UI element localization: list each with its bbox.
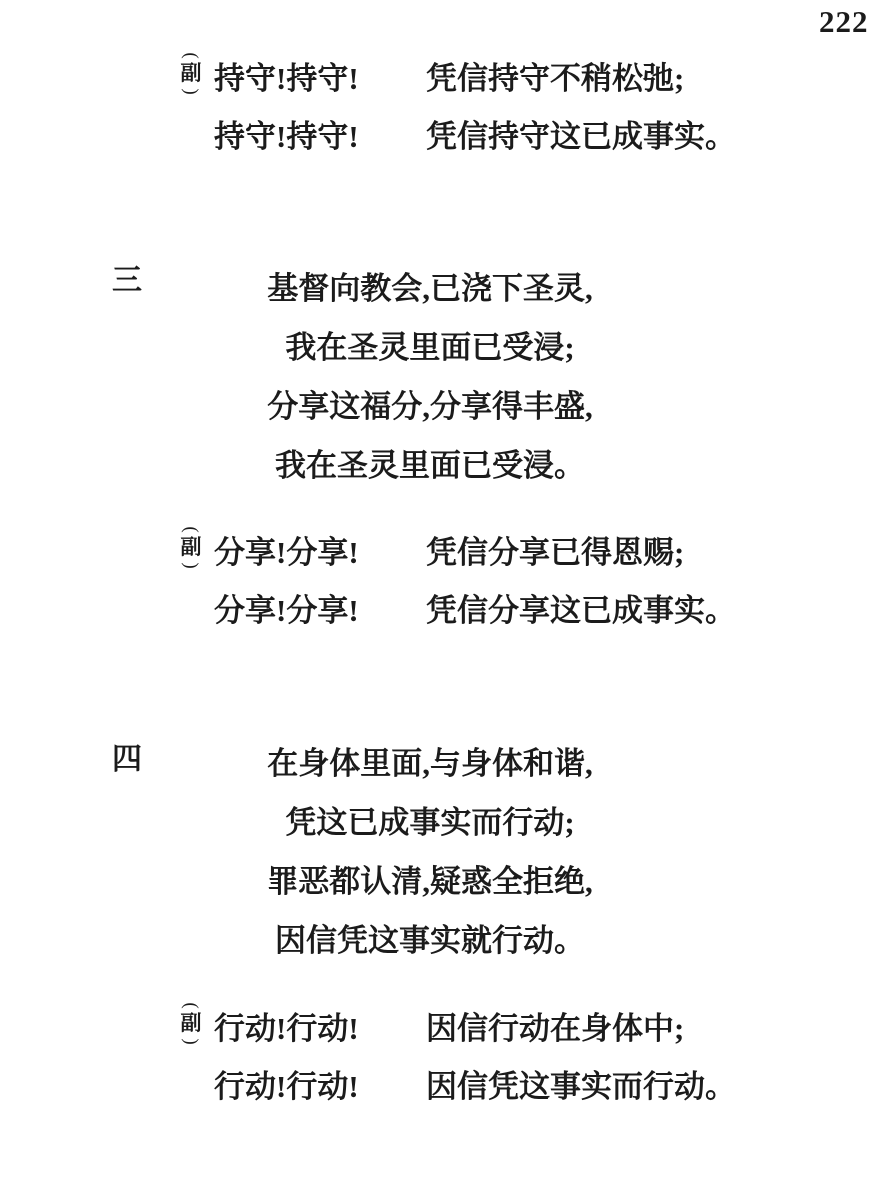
verse-line: 我在圣灵里面已受浸。 [130, 433, 730, 492]
vertical-paren-bottom-icon: ) [185, 88, 196, 94]
chorus-call-text: 行动!行动! [214, 1061, 426, 1106]
refrain-marker: ( 副 ) [168, 46, 214, 97]
vertical-paren-bottom-icon: ) [185, 562, 196, 568]
chorus-line: 分享!分享! 凭信分享已得恩赐; [214, 520, 736, 578]
verse-line: 在身体里面,与身体和谐, [130, 731, 730, 790]
verse-line: 分享这福分,分享得丰盛, [130, 374, 730, 433]
chorus-section-2: ( 副 ) 分享!分享! 凭信分享已得恩赐; 分享!分享! 凭信分享这已成事实。 [168, 520, 736, 636]
chorus-response-text: 凭信分享这已成事实。 [426, 585, 736, 630]
verse-3-lines: 基督向教会,已浇下圣灵, 我在圣灵里面已受浸; 分享这福分,分享得丰盛, 我在圣… [130, 256, 730, 492]
chorus-line: 持守!持守! 凭信持守这已成事实。 [214, 104, 736, 162]
chorus-lines: 持守!持守! 凭信持守不稍松弛; 持守!持守! 凭信持守这已成事实。 [214, 46, 736, 162]
chorus-line: 行动!行动! 因信凭这事实而行动。 [214, 1054, 736, 1112]
verse-line: 基督向教会,已浇下圣灵, [130, 256, 730, 315]
chorus-lines: 行动!行动! 因信行动在身体中; 行动!行动! 因信凭这事实而行动。 [214, 996, 736, 1112]
refrain-marker-label: 副 [181, 61, 202, 86]
refrain-marker-label: 副 [181, 535, 202, 560]
chorus-section-3: ( 副 ) 行动!行动! 因信行动在身体中; 行动!行动! 因信凭这事实而行动。 [168, 996, 736, 1112]
verse-line: 罪恶都认清,疑惑全拒绝, [130, 849, 730, 908]
chorus-response-text: 凭信持守不稍松弛; [426, 53, 684, 98]
verse-4-lines: 在身体里面,与身体和谐, 凭这已成事实而行动; 罪恶都认清,疑惑全拒绝, 因信凭… [130, 731, 730, 967]
page-number: 222 [819, 4, 869, 40]
chorus-response-text: 因信行动在身体中; [426, 1003, 684, 1048]
vertical-paren-bottom-icon: ) [185, 1038, 196, 1044]
vertical-paren-top-icon: ( [185, 52, 196, 58]
vertical-paren-top-icon: ( [185, 1002, 196, 1008]
chorus-line: 持守!持守! 凭信持守不稍松弛; [214, 46, 736, 104]
chorus-call-text: 持守!持守! [214, 53, 426, 98]
chorus-response-text: 凭信分享已得恩赐; [426, 527, 684, 572]
chorus-call-text: 行动!行动! [214, 1003, 426, 1048]
hymnal-page: 222 ( 副 ) 持守!持守! 凭信持守不稍松弛; 持守!持守! 凭信持守这已… [0, 0, 885, 1195]
chorus-response-text: 凭信持守这已成事实。 [426, 111, 736, 156]
verse-line: 我在圣灵里面已受浸; [130, 315, 730, 374]
chorus-line: 分享!分享! 凭信分享这已成事实。 [214, 578, 736, 636]
chorus-call-text: 分享!分享! [214, 527, 426, 572]
chorus-response-text: 因信凭这事实而行动。 [426, 1061, 736, 1106]
verse-line: 凭这已成事实而行动; [130, 790, 730, 849]
refrain-marker: ( 副 ) [168, 520, 214, 571]
vertical-paren-top-icon: ( [185, 526, 196, 532]
chorus-call-text: 持守!持守! [214, 111, 426, 156]
refrain-marker: ( 副 ) [168, 996, 214, 1047]
chorus-call-text: 分享!分享! [214, 585, 426, 630]
chorus-lines: 分享!分享! 凭信分享已得恩赐; 分享!分享! 凭信分享这已成事实。 [214, 520, 736, 636]
chorus-line: 行动!行动! 因信行动在身体中; [214, 996, 736, 1054]
verse-line: 因信凭这事实就行动。 [130, 908, 730, 967]
chorus-section-1: ( 副 ) 持守!持守! 凭信持守不稍松弛; 持守!持守! 凭信持守这已成事实。 [168, 46, 736, 162]
refrain-marker-label: 副 [181, 1011, 202, 1036]
